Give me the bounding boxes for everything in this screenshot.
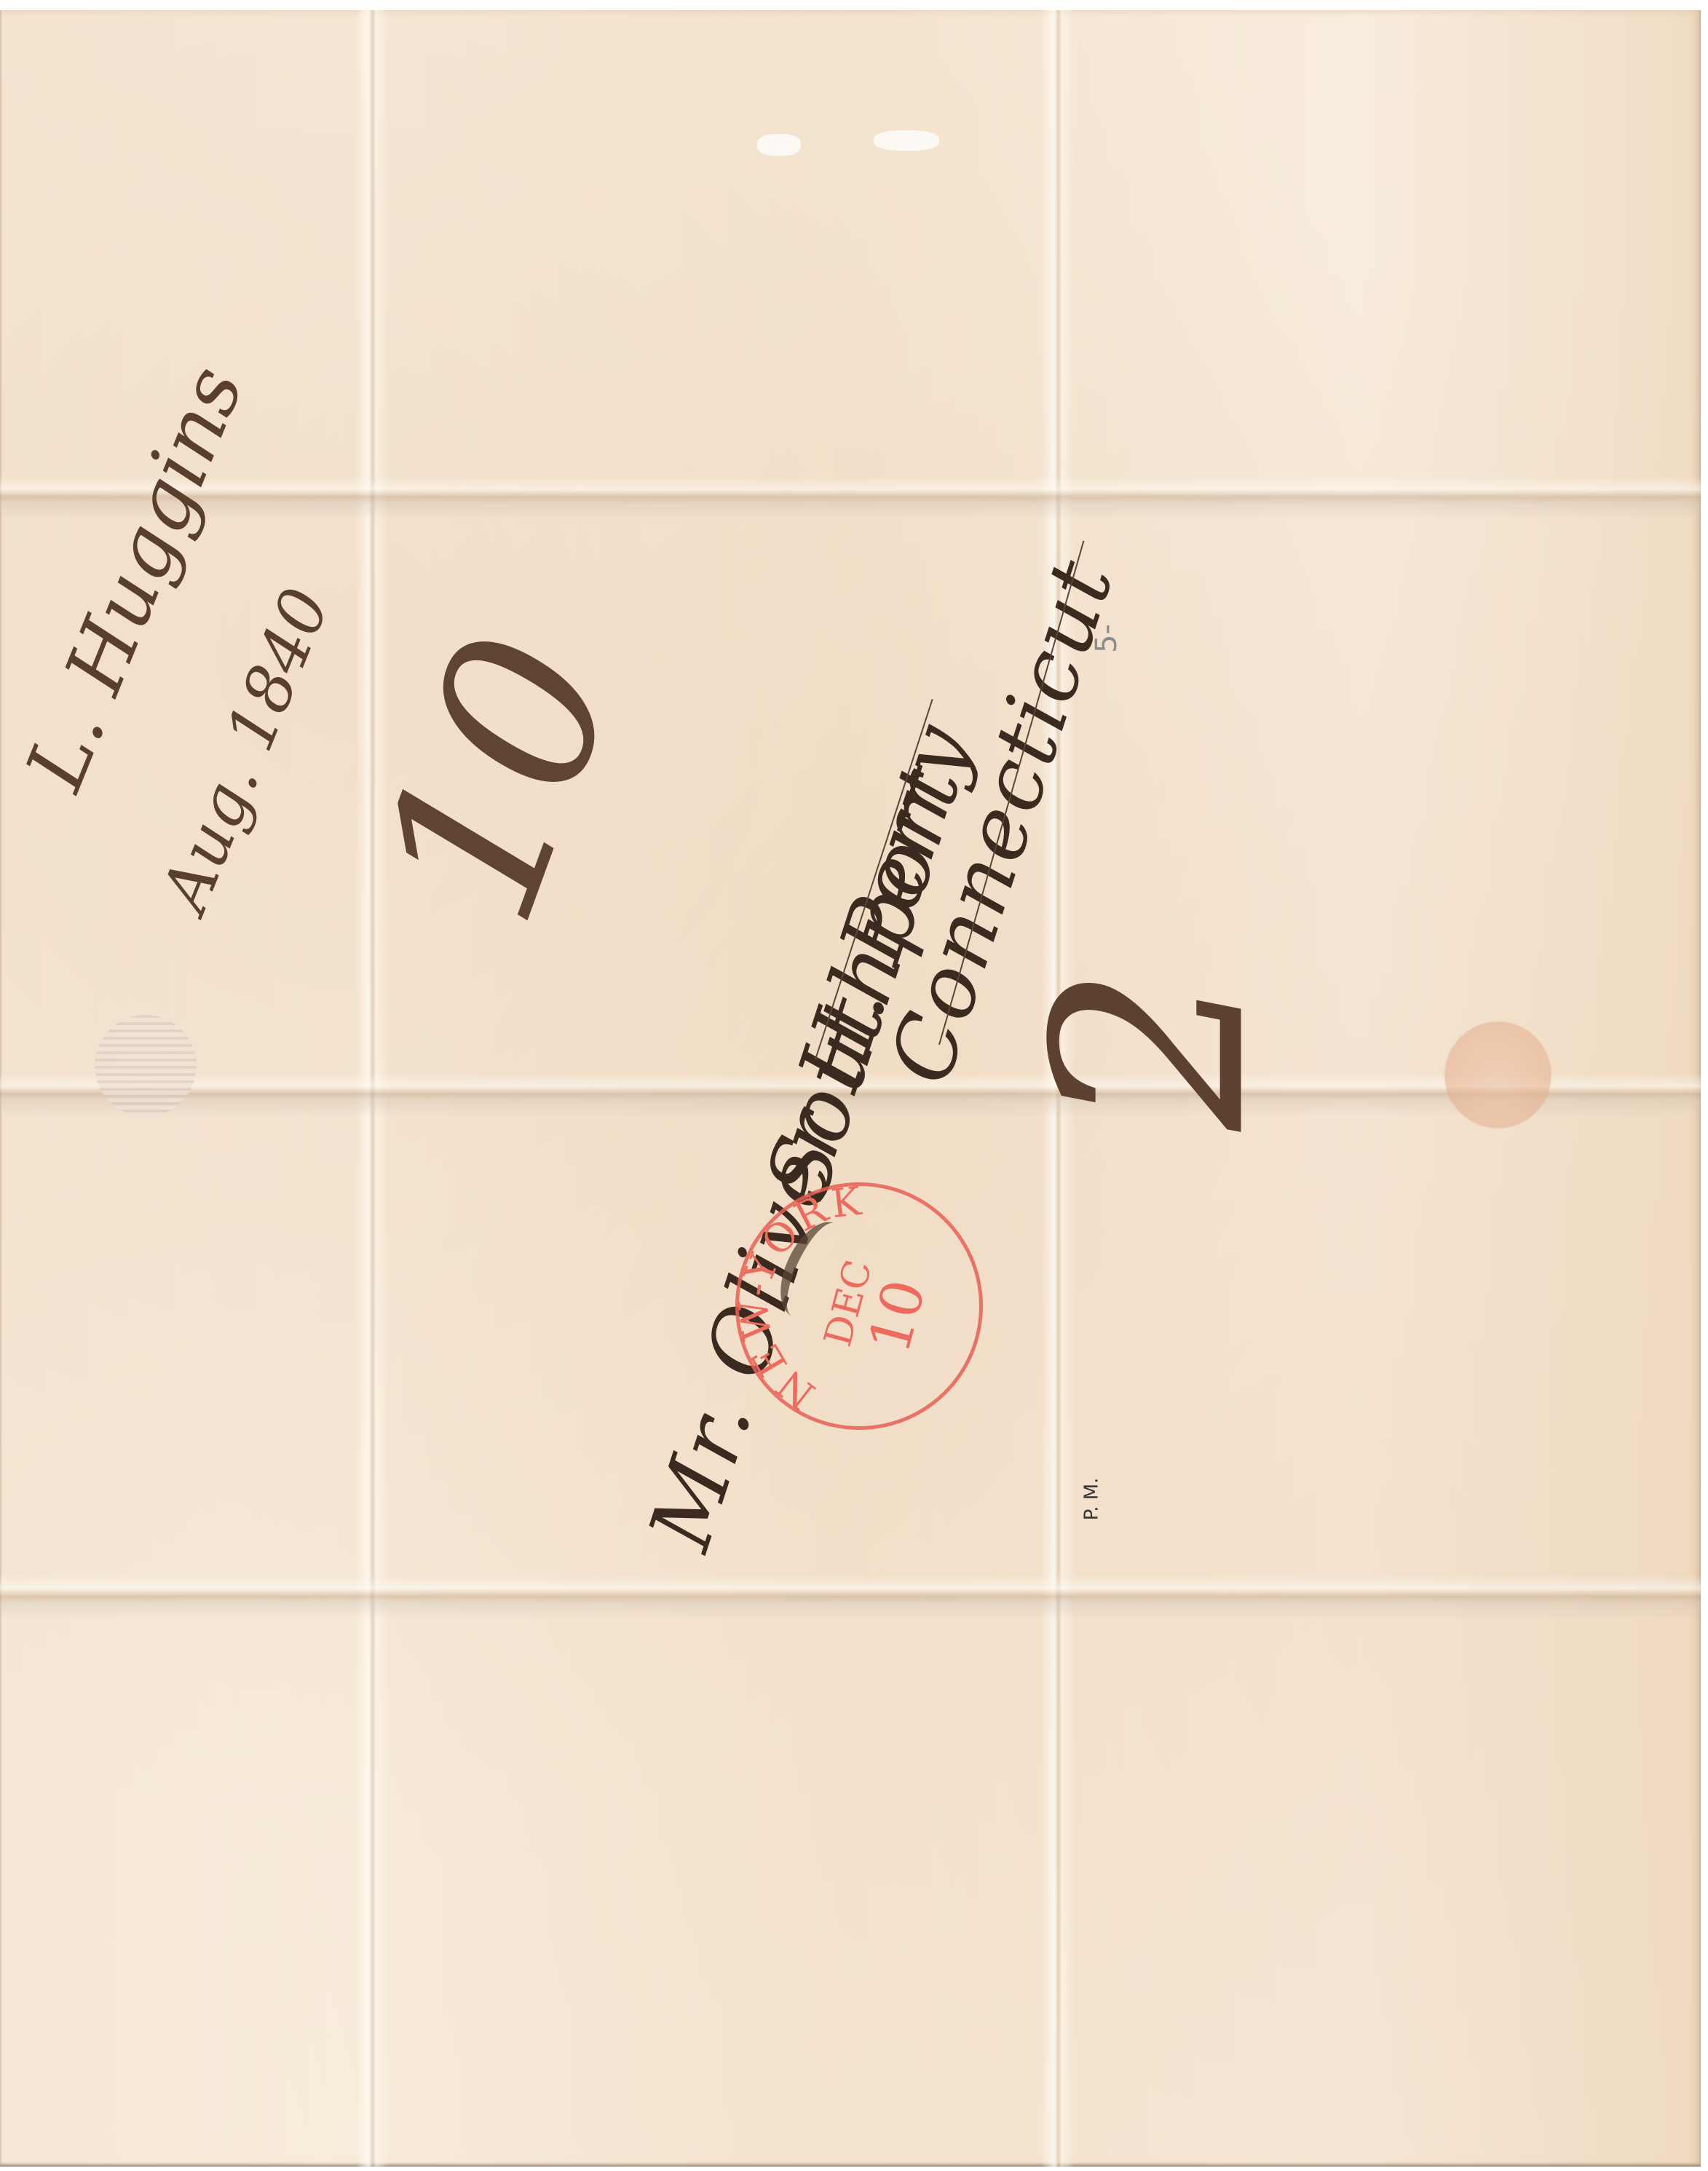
small-annotation: P. M. (1080, 1478, 1102, 1521)
paper-scuff (874, 130, 939, 151)
pencil-annotation: 5- (1090, 624, 1123, 653)
horizontal-fold-crease (0, 476, 1701, 520)
wax-seal-impression (95, 1015, 197, 1117)
seal-stain (1445, 1022, 1551, 1128)
letter-sheet: L. Huggins Aug. 1840 10 Mr. Oliver H. Pe… (0, 10, 1701, 2167)
horizontal-fold-crease (0, 1575, 1701, 1619)
docket-date: Aug. 1840 (146, 578, 344, 922)
paper-scuff (757, 134, 801, 156)
secondary-manuscript-marking: 2 (998, 964, 1303, 1131)
